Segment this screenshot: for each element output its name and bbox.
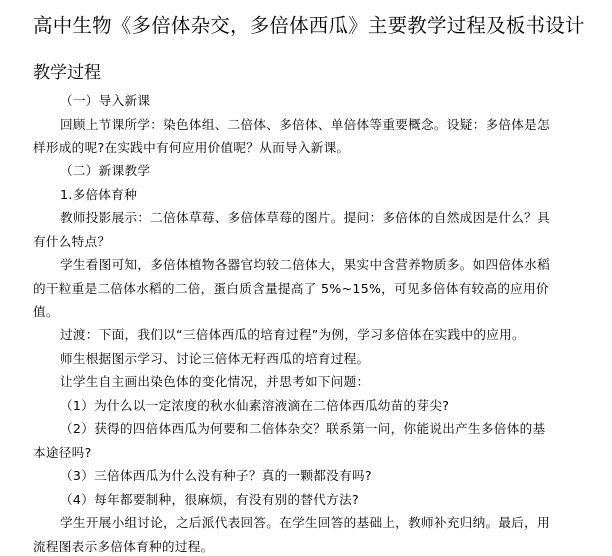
question-4: （4）每年都要制种，很麻烦，有没有别的替代方法? (60, 492, 359, 508)
subheading-intro: （一）导入新课 (60, 93, 150, 109)
question-3: （3）三倍体西瓜为什么没有种子？真的一颗都没有吗? (60, 468, 372, 484)
subheading-polyploid-breeding: 1.多倍体育种 (60, 187, 137, 203)
question-2-continued: 本途径吗? (33, 445, 92, 461)
paragraph-line: 的干粒重是二倍体水稻的二倍，蛋白质含量提高了 5%~15%，可见多倍体有较高的应… (33, 281, 549, 297)
document-page: 高中生物《多倍体杂交，多倍体西瓜》主要教学过程及板书设计 教学过程 （一）导入新… (0, 0, 612, 556)
paragraph-line: 回顾上节课所学：染色体组、二倍体、多倍体、单倍体等重要概念。设疑：多倍体是怎 (60, 117, 550, 133)
paragraph-line: 有什么特点？ (33, 234, 110, 250)
paragraph-line: 样形成的呢?在实践中有何应用价值呢？从而导入新课。 (33, 140, 349, 156)
paragraph-line: 教师投影展示：二倍体草莓、多倍体草莓的图片。提问：多倍体的自然成因是什么？具 (60, 210, 550, 226)
paragraph-line: 学生看图可知，多倍体植物各器官均较二倍体大，果实中含营养物质多。如四倍体水稻 (60, 257, 550, 273)
paragraph-line: 让学生自主画出染色体的变化情况，并思考如下问题： (60, 374, 369, 390)
paragraph-line: 学生开展小组讨论，之后派代表回答。在学生回答的基础上，教师补充归纳。最后，用 (60, 515, 550, 531)
question-2: （2）获得的四倍体西瓜为何要和二倍体杂交？联系第一问，你能说出产生多倍体的基 (60, 421, 545, 437)
paragraph-line: 值。 (33, 304, 59, 320)
subheading-new-lesson: （二）新课教学 (60, 163, 150, 179)
paragraph-line: 流程图表示多倍体育种的过程。 (33, 539, 214, 555)
section-heading: 教学过程 (33, 58, 101, 83)
paragraph-line: 师生根据图示学习、讨论三倍体无籽西瓜的培育过程。 (60, 351, 369, 367)
paragraph-line: 过渡：下面，我们以“三倍体西瓜的培育过程”为例，学习多倍体在实践中的应用。 (60, 327, 525, 343)
document-title: 高中生物《多倍体杂交，多倍体西瓜》主要教学过程及板书设计 (33, 10, 585, 38)
question-1: （1）为什么以一定浓度的秋水仙素溶液滴在二倍体西瓜幼苗的芽尖? (60, 398, 449, 414)
